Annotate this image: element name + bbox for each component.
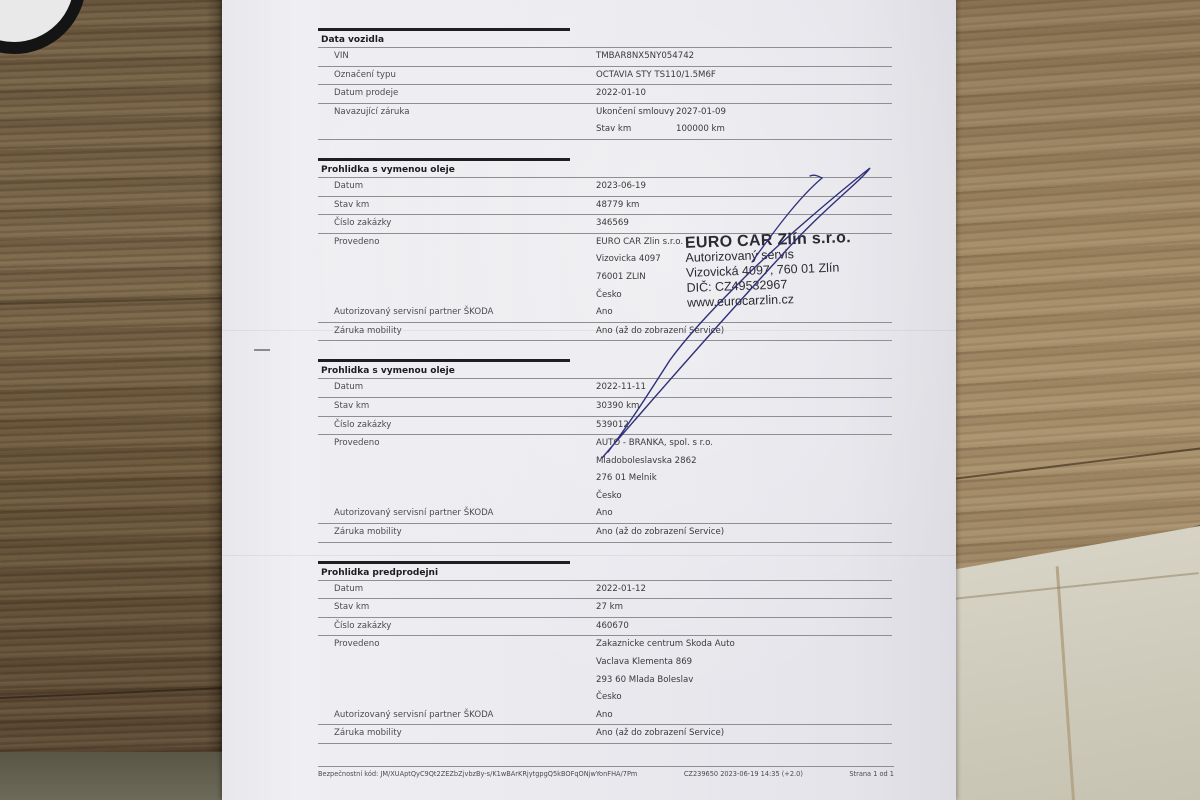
wooden-surface-left (0, 0, 228, 765)
row-value: Ano (až do zobrazení Service) (596, 725, 892, 743)
row-value: Zakaznicke centrum Skoda AutoVaclava Kle… (596, 636, 892, 706)
value-line: 293 60 Mlada Boleslav (596, 672, 892, 690)
row-value: Ano (596, 505, 892, 523)
row-value: TMBAR8NX5NY054742 (596, 48, 892, 66)
table-row: Autorizovaný servisní partner ŠKODAAno (318, 505, 892, 524)
row-label: Navazující záruka (318, 104, 596, 139)
value-line: 539012 (596, 417, 892, 435)
row-label: VIN (318, 48, 596, 66)
value-line: 460670 (596, 618, 892, 636)
section-3: Prohlidka predprodejniDatum2022-01-12Sta… (318, 561, 892, 744)
table-row: Číslo zakázky539012 (318, 417, 892, 436)
row-label: Stav km (318, 197, 596, 215)
section-divider (318, 158, 570, 161)
row-label: Provedeno (318, 234, 596, 304)
value-line: 2022-11-11 (596, 379, 892, 397)
value-line: Vaclava Klementa 869 (596, 654, 892, 672)
row-value: 2022-11-11 (596, 379, 892, 397)
row-value: Ano (až do zobrazení Service) (596, 524, 892, 542)
value-line: Ano (až do zobrazení Service) (596, 725, 892, 743)
row-label: Záruka mobility (318, 524, 596, 542)
value-line: 48779 km (596, 197, 892, 215)
value-line: Mladoboleslavska 2862 (596, 453, 892, 471)
warranty-row: Navazující zárukaUkončení smlouvy2027-01… (318, 104, 892, 140)
value-line: 2022-01-12 (596, 581, 892, 599)
value-line: 2023-06-19 (596, 178, 892, 196)
table-row: Stav km30390 km (318, 398, 892, 417)
table-row: Záruka mobilityAno (až do zobrazení Serv… (318, 524, 892, 543)
section-divider (318, 359, 570, 362)
row-label: Provedeno (318, 435, 596, 505)
table-row: ProvedenoZakaznicke centrum Skoda AutoVa… (318, 636, 892, 706)
table-row: Datum2022-11-11 (318, 379, 892, 398)
stray-mark (254, 349, 270, 351)
value-line: 27 km (596, 599, 892, 617)
value-line: Ano (až do zobrazení Service) (596, 323, 892, 341)
table-row: Stav km48779 km (318, 197, 892, 216)
document-body: Data vozidlaVINTMBAR8NX5NY054742Označení… (318, 28, 892, 744)
value-line: Ano (596, 707, 892, 725)
row-value: Ukončení smlouvy2027-01-09Stav km100000 … (596, 104, 892, 139)
warranty-key: Stav km (596, 121, 676, 139)
row-label: Datum prodeje (318, 85, 596, 103)
section-divider (318, 28, 570, 31)
table-row: Číslo zakázky460670 (318, 618, 892, 637)
warranty-value: 2027-01-09 (676, 104, 726, 122)
row-label: Stav km (318, 398, 596, 416)
security-code: Bezpečnostní kód: JM/XUAptQyC9Qt2ZEZbZjv… (318, 770, 637, 778)
dealer-stamp: EURO CAR Zlín s.r.o. Autorizovaný servis… (685, 230, 854, 311)
value-line: 30390 km (596, 398, 892, 416)
table-row: Autorizovaný servisní partner ŠKODAAno (318, 304, 892, 323)
row-label: Číslo zakázky (318, 618, 596, 636)
value-line: 276 01 Melnik (596, 470, 892, 488)
row-value: 460670 (596, 618, 892, 636)
row-value: Ano (až do zobrazení Service) (596, 323, 892, 341)
row-value: AUTO - BRANKA, spol. s r.o.Mladoboleslav… (596, 435, 892, 505)
table-row: Záruka mobilityAno (až do zobrazení Serv… (318, 725, 892, 744)
row-value: 30390 km (596, 398, 892, 416)
section-title: Prohlidka s vymenou oleje (318, 164, 892, 178)
section-title: Prohlidka predprodejni (318, 567, 892, 581)
row-value: 539012 (596, 417, 892, 435)
wooden-surface-right (952, 0, 1200, 610)
floor-tiles (952, 526, 1200, 800)
row-label: Datum (318, 379, 596, 397)
table-row: Záruka mobilityAno (až do zobrazení Serv… (318, 323, 892, 342)
value-line: Česko (596, 488, 892, 506)
row-label: Označení typu (318, 67, 596, 85)
row-value: Ano (596, 707, 892, 725)
row-label: Číslo zakázky (318, 215, 596, 233)
table-row: Označení typuOCTAVIA STY TS110/1.5M6F (318, 67, 892, 86)
table-row: Datum2022-01-12 (318, 581, 892, 600)
section-2: Prohlidka s vymenou olejeDatum2022-11-11… (318, 359, 892, 542)
row-label: Záruka mobility (318, 323, 596, 341)
row-value: OCTAVIA STY TS110/1.5M6F (596, 67, 892, 85)
row-label: Autorizovaný servisní partner ŠKODA (318, 304, 596, 322)
table-row: Datum2023-06-19 (318, 178, 892, 197)
value-line: OCTAVIA STY TS110/1.5M6F (596, 67, 892, 85)
table-row: Autorizovaný servisní partner ŠKODAAno (318, 707, 892, 726)
row-label: Číslo zakázky (318, 417, 596, 435)
warranty-pair: Stav km100000 km (596, 121, 892, 139)
value-line: Zakaznicke centrum Skoda Auto (596, 636, 892, 654)
warranty-pair: Ukončení smlouvy2027-01-09 (596, 104, 892, 122)
page-number: Strana 1 od 1 (849, 770, 894, 778)
value-line: Ano (596, 505, 892, 523)
row-label: Datum (318, 178, 596, 196)
value-line: 2022-01-10 (596, 85, 892, 103)
warranty-value: 100000 km (676, 121, 725, 139)
floor-left (0, 752, 228, 800)
row-value: 2022-01-12 (596, 581, 892, 599)
table-row: ProvedenoAUTO - BRANKA, spol. s r.o.Mlad… (318, 435, 892, 505)
section-title: Data vozidla (318, 34, 892, 48)
table-row: Stav km27 km (318, 599, 892, 618)
table-row: Datum prodeje2022-01-10 (318, 85, 892, 104)
row-label: Stav km (318, 599, 596, 617)
section-divider (318, 561, 570, 564)
service-history-document: Data vozidlaVINTMBAR8NX5NY054742Označení… (222, 0, 956, 800)
row-label: Datum (318, 581, 596, 599)
print-timestamp: CZ239650 2023-06-19 14:35 (+2.0) (684, 770, 803, 778)
table-row: VINTMBAR8NX5NY054742 (318, 48, 892, 67)
row-label: Autorizovaný servisní partner ŠKODA (318, 505, 596, 523)
value-line: AUTO - BRANKA, spol. s r.o. (596, 435, 892, 453)
row-label: Provedeno (318, 636, 596, 706)
value-line: Ano (až do zobrazení Service) (596, 524, 892, 542)
warranty-key: Ukončení smlouvy (596, 104, 676, 122)
row-label: Záruka mobility (318, 725, 596, 743)
row-value: 48779 km (596, 197, 892, 215)
row-value: 2022-01-10 (596, 85, 892, 103)
document-footer: Bezpečnostní kód: JM/XUAptQyC9Qt2ZEZbZjv… (318, 766, 894, 778)
value-line: TMBAR8NX5NY054742 (596, 48, 892, 66)
value-line: Česko (596, 689, 892, 707)
section-0: Data vozidlaVINTMBAR8NX5NY054742Označení… (318, 28, 892, 140)
row-value: 27 km (596, 599, 892, 617)
row-label: Autorizovaný servisní partner ŠKODA (318, 707, 596, 725)
row-value: 2023-06-19 (596, 178, 892, 196)
section-title: Prohlidka s vymenou oleje (318, 365, 892, 379)
